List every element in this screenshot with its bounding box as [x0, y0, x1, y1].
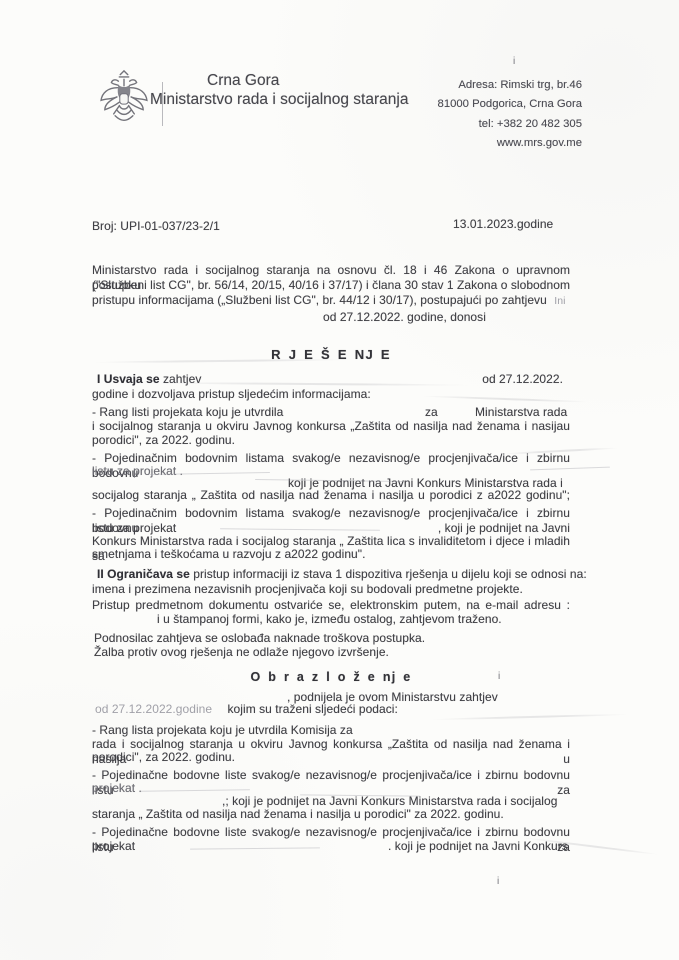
bullet-1-text-b: za	[425, 405, 438, 420]
contact-address: Adresa: Rimski trg, br.46	[382, 76, 582, 95]
explanation-intro-line-2: od 27.12.2022.godine kojim su traženi sl…	[95, 702, 398, 717]
decision-bullet-1-line-3: porodici", za 2022. godinu.	[92, 433, 235, 448]
decision-bullet-2-line-2: listu za projekat .	[92, 464, 183, 479]
intro-line-3-text: pristupu informacijama („Službeni list C…	[92, 293, 547, 307]
costs-line: Podnosilac zahtjeva se oslobađa naknade …	[94, 631, 425, 646]
document-date: 13.01.2023.godine	[453, 217, 553, 232]
crease-line	[420, 395, 590, 403]
redaction-trace: Ini	[554, 295, 565, 307]
clause-2-text: pristup informaciji iz stava 1 dispoziti…	[193, 567, 586, 581]
explanation-bullet-1-line-3: porodici", za 2022. godinu.	[92, 750, 235, 765]
crease-line	[430, 713, 630, 720]
decision-bullet-2-line-4: socijalog staranja „ Zaštita od nasilja …	[92, 488, 570, 503]
clause-1-date: od 27.12.2022.	[482, 372, 563, 387]
explanation-bullet-3-line-2: projekat . koji je podnijet na Javni Kon…	[92, 839, 570, 854]
decision-bullet-1-line-2: i socijalnog staranja u okviru Javnog ko…	[92, 419, 570, 434]
appeal-line: Žalba protiv ovog rješenja ne odlaže nje…	[94, 645, 389, 660]
explanation-bullet-1-line-1: - Rang lista projekata koju je utvrdila …	[92, 723, 353, 738]
intro-line-2: ("Službeni list CG", br. 56/14, 20/15, 4…	[92, 278, 570, 293]
intro-line-4: od 27.12.2022. godine, donosi	[323, 310, 486, 325]
contact-top-mark: i	[513, 56, 515, 67]
explanation-bullet-2-line-2: projekat .	[92, 781, 142, 796]
bullet-1-text-a: - Rang listi projekata koju je utvrdila	[92, 405, 283, 419]
contact-website: www.mrs.gov.me	[382, 134, 582, 153]
case-number: Broj: UPI-01-037/23-2/1	[92, 219, 220, 234]
ministry-name: Ministarstvo rada i socijalnog staranja	[150, 91, 408, 109]
decision-bullet-1-line-1: - Rang listi projekata koju je utvrdila …	[92, 405, 570, 420]
explanation-bullet-2-line-4: staranja „ Zaštita od nasilja nad ženama…	[92, 807, 504, 822]
country-name: Crna Gora	[207, 72, 279, 90]
access-line-1: Pristup predmetnom dokumentu ostvariće s…	[92, 598, 570, 613]
explanation-request-text: kojim su traženi sljedeći podaci:	[228, 702, 398, 716]
contact-phone: tel: +382 20 482 305	[382, 115, 582, 134]
scanned-document-page: Crna Gora Ministarstvo rada i socijalnog…	[0, 0, 679, 960]
bullet-1-text-c: Ministarstva rada	[475, 405, 567, 420]
access-line-2: i u štampanoj formi, kako je, između ost…	[157, 612, 502, 627]
coat-of-arms-icon	[96, 69, 152, 127]
explanation-side-mark: i	[498, 671, 500, 682]
explanation-bullet-3-text-a: projekat	[92, 839, 135, 853]
clause-1-lead: I Usvaja se zahtjev	[97, 372, 201, 387]
clause-2-label: II Ograničava se	[97, 567, 190, 581]
contact-block: Adresa: Rimski trg, br.46 81000 Podgoric…	[382, 76, 582, 154]
explanation-faded-date: od 27.12.2022.godine	[95, 702, 212, 716]
clause-1-line-2: godine i dozvoljava pristup sljedećim in…	[92, 387, 371, 402]
decision-bullet-3-line-4: smetnjama i teškoćama u razvoju z a2022 …	[92, 547, 365, 562]
explanation-bullet-3-text-b: . koji je podnijet na Javni Konkurs	[388, 839, 568, 854]
intro-line-3: pristupu informacijama („Službeni list C…	[92, 293, 565, 309]
clause-2-line-2: imena i prezimena nezavisnih procjenjiva…	[92, 582, 523, 597]
contact-city: 81000 Podgorica, Crna Gora	[382, 95, 582, 114]
page-bottom-mark: i	[497, 876, 499, 887]
clause-1-label: I Usvaja se	[97, 372, 160, 386]
clause-2-line-1: II Ograničava se pristup informaciji iz …	[97, 567, 587, 582]
